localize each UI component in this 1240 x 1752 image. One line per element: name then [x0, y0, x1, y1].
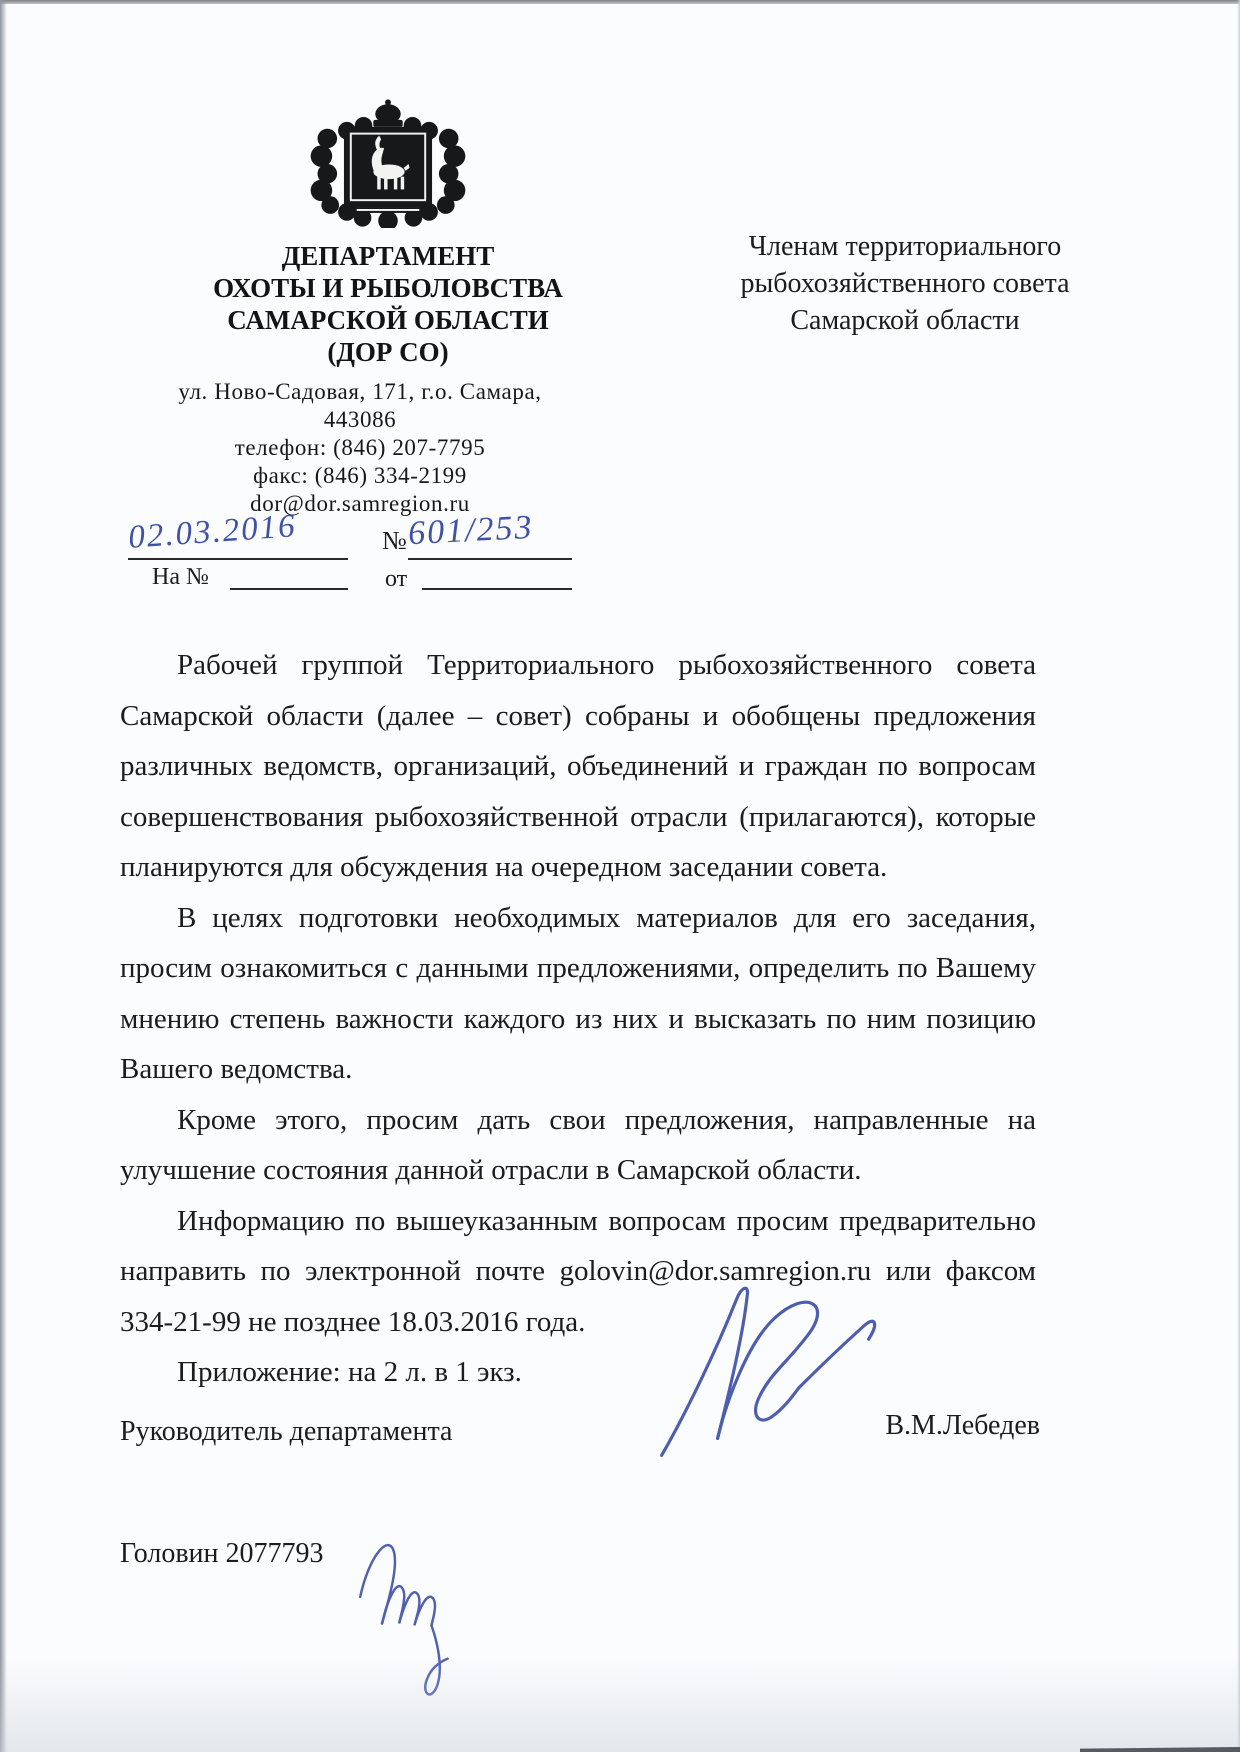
- executor-contact: Головин 2077793: [120, 1538, 324, 1570]
- ref-number-label: №: [382, 526, 407, 556]
- signer-name: В.М.Лебедев: [860, 1410, 1040, 1442]
- samara-coat-of-arms-icon: [295, 96, 481, 228]
- body-paragraph: Кроме этого, просим дать свои предложени…: [120, 1095, 1036, 1196]
- ref-reply-label: На №: [152, 564, 209, 591]
- sender-fax: факс: (846) 334-2199: [140, 462, 580, 490]
- sender-phone: телефон: (846) 207-7795: [140, 434, 580, 462]
- sender-name-line: (ДОР СО): [168, 336, 608, 368]
- signer-position: Руководитель департамента: [120, 1416, 452, 1448]
- ref-from-label: от: [385, 566, 407, 593]
- scanned-letter-page: ДЕПАРТАМЕНТ ОХОТЫ И РЫБОЛОВСТВА САМАРСКО…: [0, 0, 1240, 1752]
- sender-address: ул. Ново-Садовая, 171, г.о. Самара, 4430…: [140, 378, 580, 434]
- recipient-line: Самарской области: [700, 302, 1110, 339]
- sender-contacts-block: ул. Ново-Садовая, 171, г.о. Самара, 4430…: [140, 378, 580, 518]
- body-paragraph: Рабочей группой Территориального рыбохоз…: [120, 640, 1036, 893]
- scan-edge-bottom-right: [1080, 1747, 1240, 1752]
- ref-reply-blank-line: [230, 564, 348, 590]
- recipient-line: Членам территориального: [700, 228, 1110, 265]
- sender-name-line: ОХОТЫ И РЫБОЛОВСТВА: [168, 272, 608, 304]
- scan-bottom-shadow: [0, 1657, 1240, 1752]
- recipient-line: рыбохозяйственного совета: [700, 265, 1110, 302]
- ref-date-handwritten: 02.03.2016: [128, 510, 348, 560]
- ref-number-handwritten: 601/253: [408, 510, 572, 560]
- scan-edge-left: [0, 0, 7, 1752]
- ref-from-blank-line: [422, 564, 572, 590]
- recipient-block: Членам территориального рыбохозяйственно…: [700, 228, 1110, 339]
- sender-name-line: ДЕПАРТАМЕНТ: [168, 240, 608, 272]
- scan-edge-top: [0, 0, 1240, 4]
- sender-name-line: САМАРСКОЙ ОБЛАСТИ: [168, 304, 608, 336]
- sender-name-block: ДЕПАРТАМЕНТ ОХОТЫ И РЫБОЛОВСТВА САМАРСКО…: [168, 240, 608, 368]
- body-paragraph: В целях подготовки необходимых материало…: [120, 893, 1036, 1095]
